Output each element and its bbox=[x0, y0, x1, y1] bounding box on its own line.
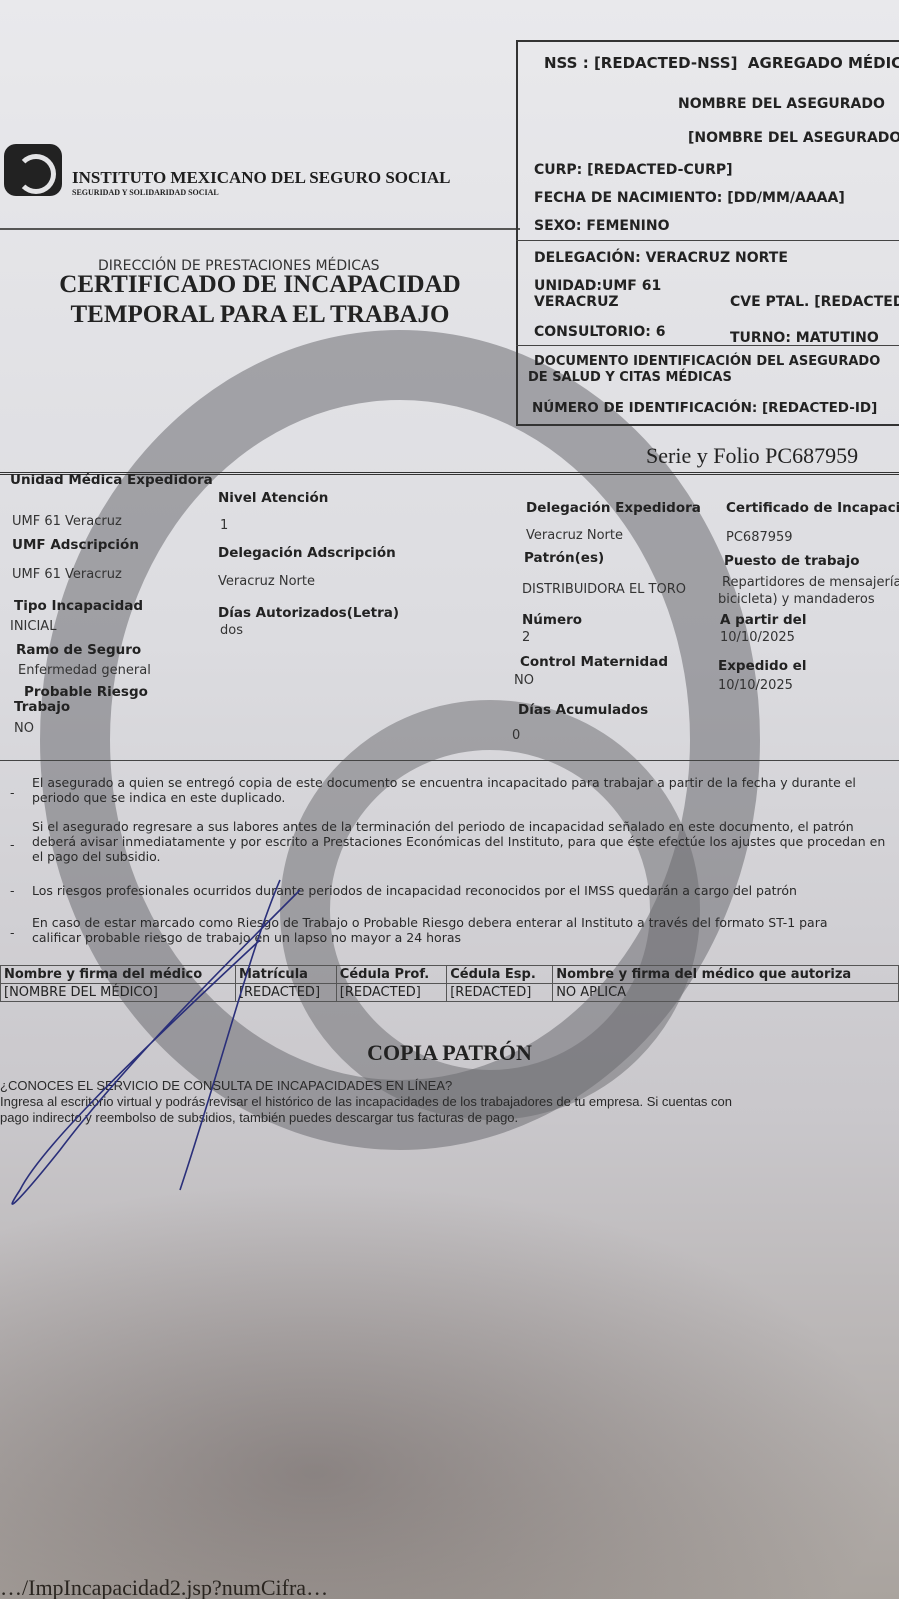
print-url: …/ImpIncapacidad2.jsp?numCifra… bbox=[0, 1575, 328, 1599]
unit: UNIDAD:UMF 61 bbox=[534, 278, 661, 294]
shift: TURNO: MATUTINO bbox=[730, 330, 879, 346]
online-service-notice: ¿CONOCES EL SERVICIO DE CONSULTA DE INCA… bbox=[0, 1078, 899, 1126]
label-expedido: Expedido el bbox=[718, 658, 806, 674]
label-probable-riesgo: Probable Riesgo bbox=[24, 684, 148, 700]
delegation: DELEGACIÓN: VERACRUZ NORTE bbox=[534, 250, 788, 266]
id-document-title-2: DE SALUD Y CITAS MÉDICAS bbox=[528, 370, 732, 385]
value-ramo-seguro: Enfermedad general bbox=[18, 663, 151, 679]
nss: NSS : [REDACTED-NSS] AGREGADO MÉDICO bbox=[544, 54, 899, 72]
table-header-row: Nombre y firma del médico Matrícula Cédu… bbox=[1, 966, 899, 984]
id-document-title-1: DOCUMENTO IDENTIFICACIÓN DEL ASEGURADO bbox=[534, 354, 880, 369]
value-expedido: 10/10/2025 bbox=[718, 678, 793, 694]
curp: CURP: [REDACTED-CURP] bbox=[534, 162, 733, 178]
cve-ptal: CVE PTAL. [REDACTED] bbox=[730, 294, 899, 310]
label-delegacion-expedidora: Delegación Expedidora bbox=[526, 500, 701, 516]
label-tipo-incapacidad: Tipo Incapacidad bbox=[14, 598, 143, 614]
value-a-partir: 10/10/2025 bbox=[720, 630, 795, 646]
value-umf-adscripcion: UMF 61 Veracruz bbox=[12, 567, 122, 583]
copy-type-label: COPIA PATRÓN bbox=[0, 1040, 899, 1066]
insured-name-label: NOMBRE DEL ASEGURADO bbox=[678, 96, 885, 112]
divider bbox=[0, 760, 899, 761]
value-unidad-medica-expedidora: UMF 61 Veracruz bbox=[12, 514, 122, 530]
sex: SEXO: FEMENINO bbox=[534, 218, 670, 234]
value-numero: 2 bbox=[522, 630, 530, 646]
label-nivel-atencion: Nivel Atención bbox=[218, 490, 328, 506]
label-umf-adscripcion: UMF Adscripción bbox=[12, 537, 139, 553]
label-dias-autorizados: Días Autorizados(Letra) bbox=[218, 605, 399, 621]
label-puesto: Puesto de trabajo bbox=[724, 553, 860, 569]
value-delegacion-expedidora: Veracruz Norte bbox=[526, 528, 623, 544]
label-ramo-seguro: Ramo de Seguro bbox=[16, 642, 141, 658]
label-dias-acumulados: Días Acumulados bbox=[518, 702, 648, 718]
label-probable-riesgo-2: Trabajo bbox=[14, 699, 70, 715]
institution-tagline: SEGURIDAD Y SOLIDARIDAD SOCIAL bbox=[72, 188, 219, 197]
divider bbox=[0, 228, 520, 230]
value-certificado: PC687959 bbox=[726, 530, 793, 546]
label-patron: Patrón(es) bbox=[524, 550, 604, 566]
value-dias-acumulados: 0 bbox=[512, 728, 520, 744]
document-title: CERTIFICADO DE INCAPACIDAD TEMPORAL PARA… bbox=[40, 270, 480, 330]
id-number: NÚMERO DE IDENTIFICACIÓN: [REDACTED-ID] bbox=[532, 400, 877, 416]
doctor-table: Nombre y firma del médico Matrícula Cédu… bbox=[0, 965, 899, 1002]
value-control-maternidad: NO bbox=[514, 673, 534, 689]
label-a-partir: A partir del bbox=[720, 612, 806, 628]
label-unidad-medica-expedidora: Unidad Médica Expedidora bbox=[10, 472, 213, 488]
photo-shadow bbox=[0, 1180, 899, 1599]
label-certificado: Certificado de Incapacidad bbox=[726, 500, 899, 516]
value-puesto-1: Repartidores de mensajería (a pie o en bbox=[722, 575, 899, 591]
label-delegacion-adscripcion: Delegación Adscripción bbox=[218, 545, 396, 561]
serie-folio: Serie y Folio PC687959 bbox=[646, 443, 858, 469]
insured-name: [NOMBRE DEL ASEGURADO] bbox=[688, 130, 899, 146]
imss-logo-icon bbox=[4, 144, 62, 196]
divider bbox=[516, 240, 899, 241]
value-nivel-atencion: 1 bbox=[220, 518, 228, 534]
value-tipo-incapacidad: INICIAL bbox=[10, 619, 56, 635]
label-numero: Número bbox=[522, 612, 582, 628]
value-puesto-2: bicicleta) y mandaderos bbox=[718, 592, 875, 608]
office: CONSULTORIO: 6 bbox=[534, 324, 666, 340]
birth-date: FECHA DE NACIMIENTO: [DD/MM/AAAA] bbox=[534, 190, 845, 206]
unit-city: VERACRUZ bbox=[534, 294, 619, 310]
value-probable-riesgo: NO bbox=[14, 721, 34, 737]
value-patron: DISTRIBUIDORA EL TORO bbox=[522, 582, 686, 598]
value-delegacion-adscripcion: Veracruz Norte bbox=[218, 574, 315, 590]
value-dias-autorizados: dos bbox=[220, 623, 243, 639]
divider bbox=[516, 345, 899, 346]
table-row: [NOMBRE DEL MÉDICO] [REDACTED] [REDACTED… bbox=[1, 984, 899, 1002]
institution-name: INSTITUTO MEXICANO DEL SEGURO SOCIAL bbox=[72, 168, 451, 188]
label-control-maternidad: Control Maternidad bbox=[520, 654, 668, 670]
